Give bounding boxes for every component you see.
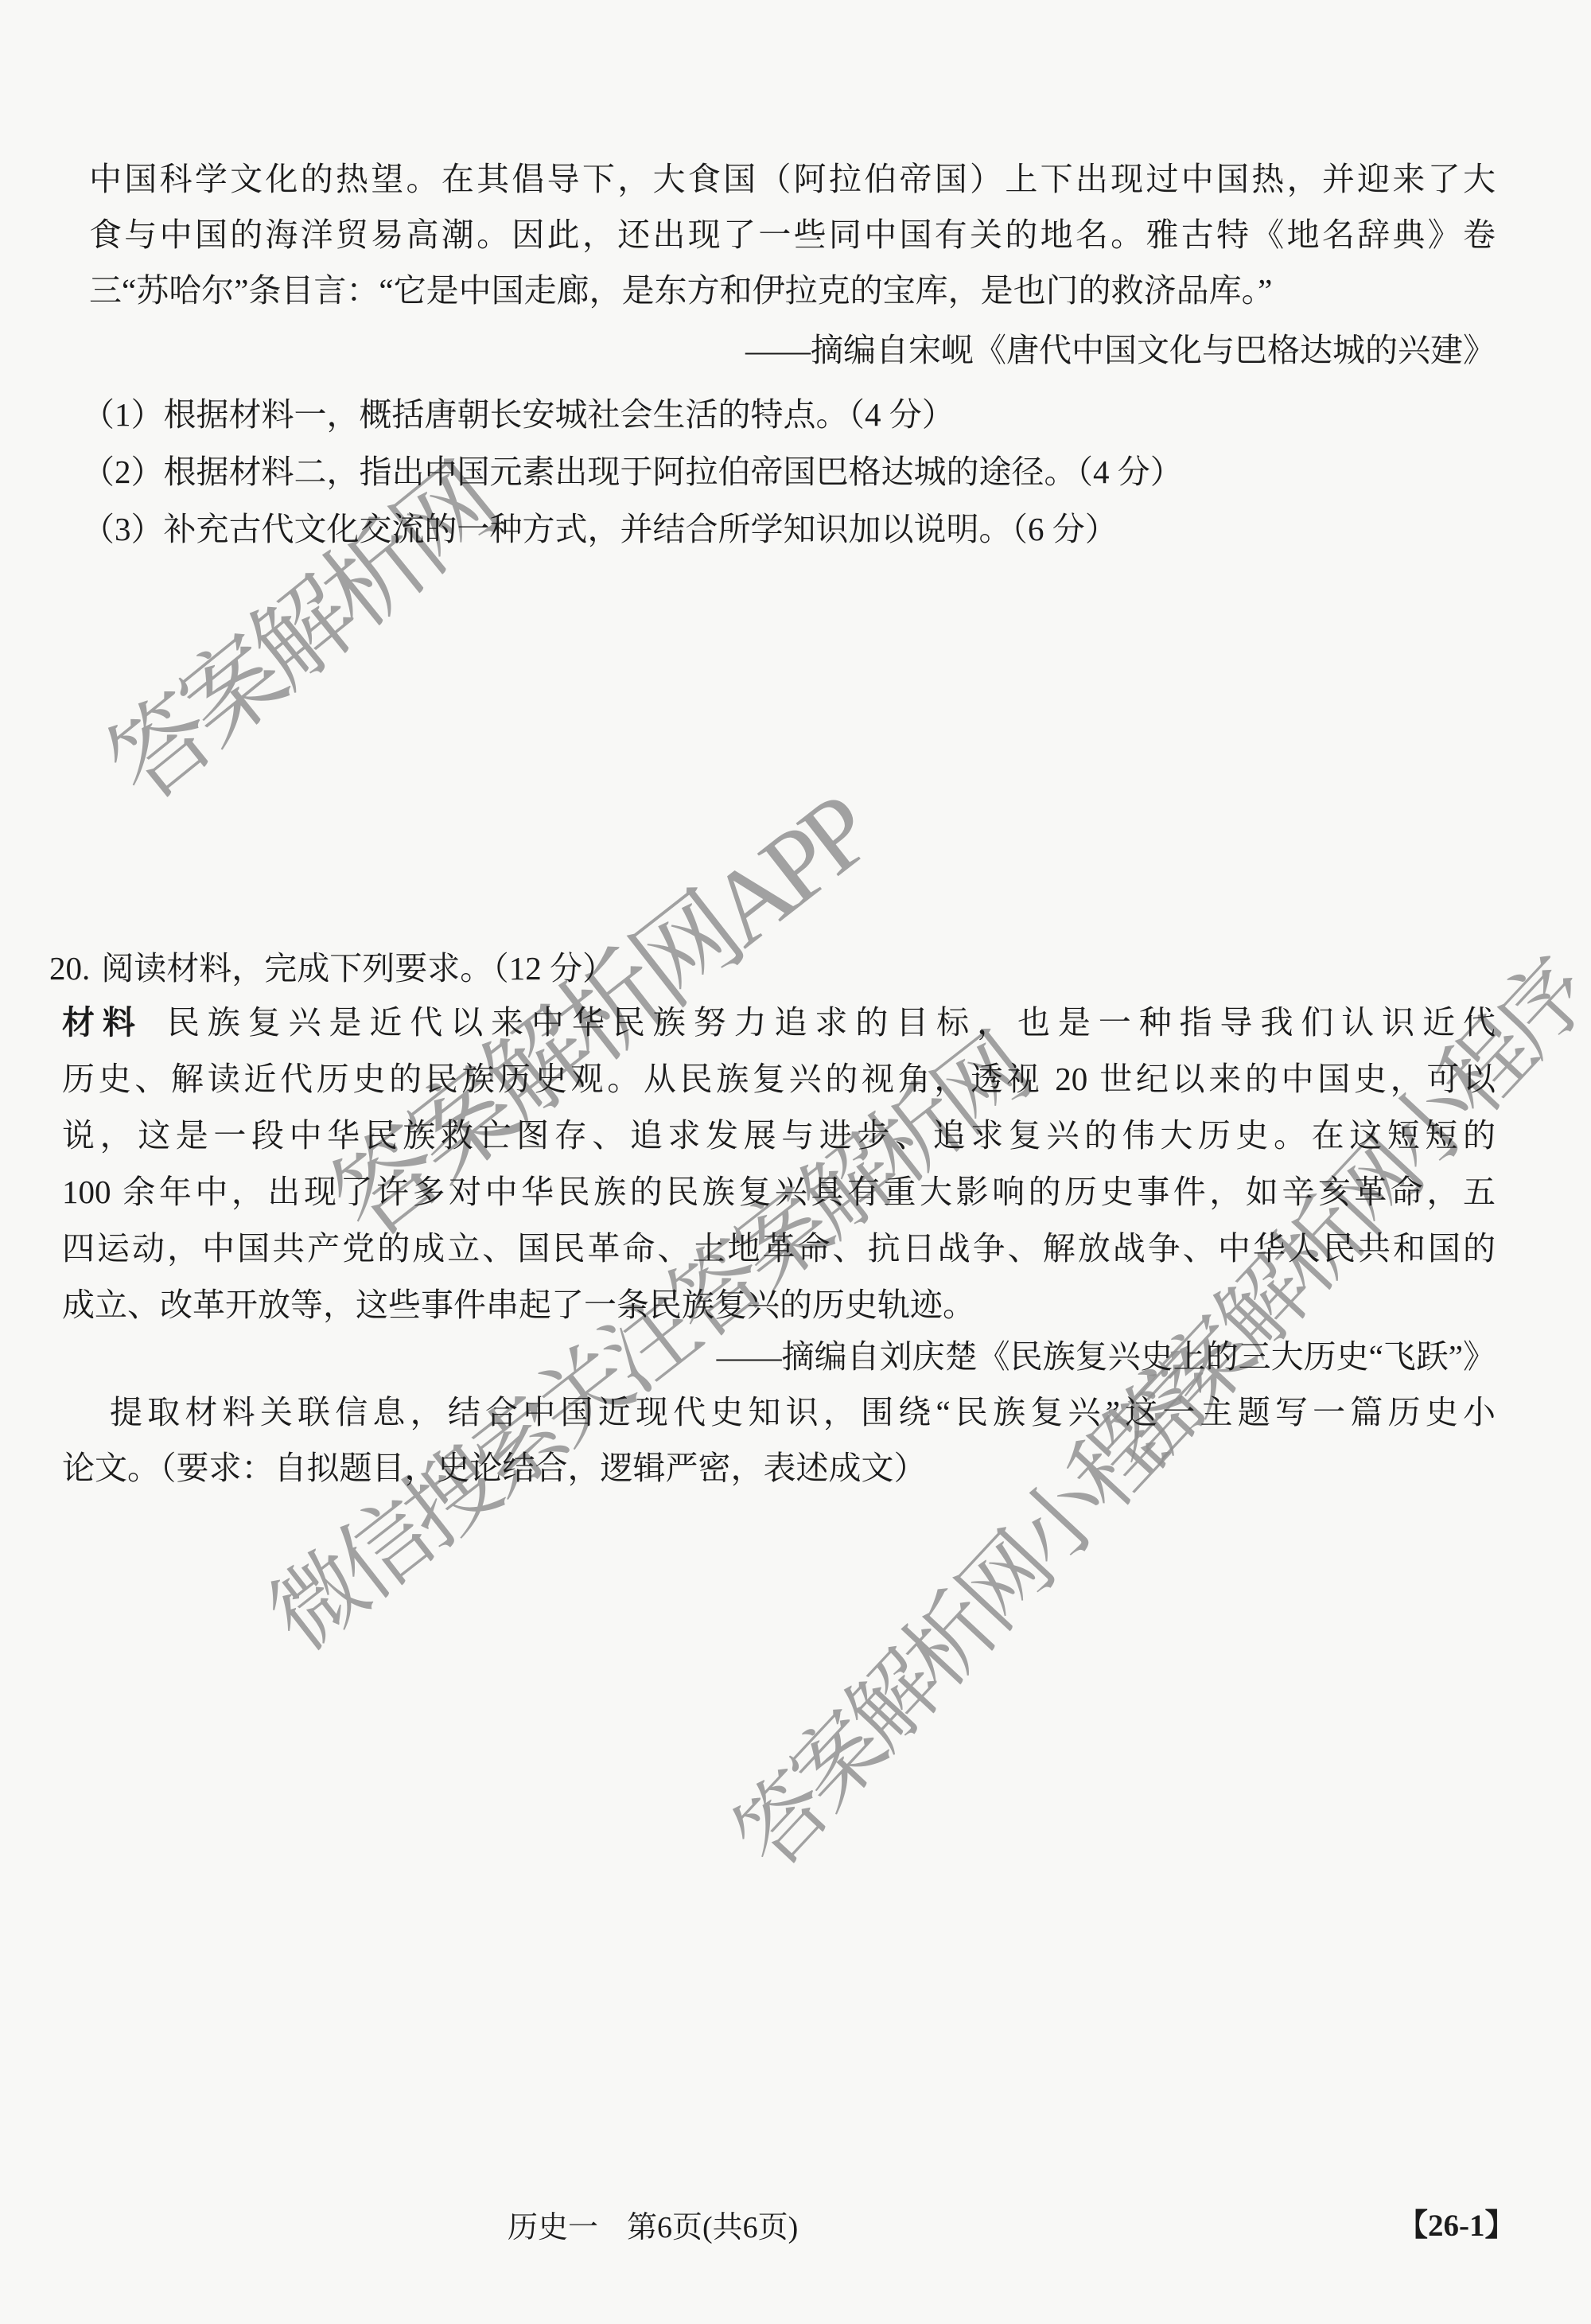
paragraph-intro: 中国科学文化的热望。在其倡导下，大食国（阿拉伯帝国）上下出现过中国热，并迎来了大… bbox=[89, 151, 1496, 318]
task-line: 提取材料关联信息，结合中国近现代史知识，围绕“民族复兴”这一主题写一篇历史小 bbox=[62, 1384, 1496, 1440]
footer-page-number: 第6页(共6页) bbox=[627, 2211, 798, 2244]
task-paragraph: 提取材料关联信息，结合中国近现代史知识，围绕“民族复兴”这一主题写一篇历史小 论… bbox=[62, 1384, 1496, 1496]
material-line: 材料民族复兴是近代以来中华民族努力追求的目标，也是一种指导我们认识近代 bbox=[62, 995, 1496, 1051]
material-paragraph: 材料民族复兴是近代以来中华民族努力追求的目标，也是一种指导我们认识近代 历史、解… bbox=[62, 995, 1496, 1333]
material-line: 100 余年中，出现了许多对中华民族的民族复兴具有重大影响的历史事件，如辛亥革命… bbox=[62, 1164, 1496, 1220]
material-line: 成立、改革开放等，这些事件串起了一条民族复兴的历史轨迹。 bbox=[62, 1277, 1496, 1333]
question-20-heading: 20.阅读材料，完成下列要求。（12 分） bbox=[49, 940, 1497, 996]
question-item-3: （3）补充古代文化交流的一种方式，并结合所学知识加以说明。（6 分） bbox=[82, 500, 1498, 558]
question-list: （1）根据材料一，概括唐朝长安城社会生活的特点。（4 分） （2）根据材料二，指… bbox=[82, 386, 1498, 558]
question-item-2: （2）根据材料二，指出中国元素出现于阿拉伯帝国巴格达城的途径。（4 分） bbox=[82, 443, 1498, 500]
question-item-1: （1）根据材料一，概括唐朝长安城社会生活的特点。（4 分） bbox=[82, 386, 1498, 443]
question-20-heading-text: 阅读材料，完成下列要求。（12 分） bbox=[101, 950, 615, 987]
paragraph-intro-line: 食与中国的海洋贸易高潮。因此，还出现了一些同中国有关的地名。雅古特《地名辞典》卷 bbox=[89, 207, 1496, 263]
footer-subject: 历史一 bbox=[508, 2211, 598, 2244]
footer-code: 【26-1】 bbox=[1397, 2207, 1516, 2245]
attribution-liu-qingchu: ——摘编自刘庆楚《民族复兴史上的三大历史“飞跃”》 bbox=[62, 1329, 1496, 1384]
exam-paper-page: 答案解析网答案解析网APP微信搜索关注答案解析网答案解析网小程序答案解析网小程序… bbox=[0, 0, 1591, 2324]
paragraph-intro-line: 中国科学文化的热望。在其倡导下，大食国（阿拉伯帝国）上下出现过中国热，并迎来了大 bbox=[89, 151, 1496, 207]
paragraph-intro-line: 三“苏哈尔”条目言：“它是中国走廊，是东方和伊拉克的宝库，是也门的救济品库。” bbox=[89, 263, 1496, 318]
task-line: 论文。（要求：自拟题目，史论结合，逻辑严密，表述成文） bbox=[62, 1440, 1496, 1496]
attribution-song-xian: ——摘编自宋岘《唐代中国文化与巴格达城的兴建》 bbox=[89, 322, 1496, 378]
question-20-number: 20. bbox=[49, 950, 90, 987]
material-line-text: 民族复兴是近代以来中华民族努力追求的目标，也是一种指导我们认识近代 bbox=[167, 1004, 1496, 1041]
material-line: 历史、解读近代历史的民族历史观。从民族复兴的视角，透视 20 世纪以来的中国史，… bbox=[62, 1051, 1496, 1108]
page-footer: 历史一第6页(共6页) bbox=[508, 2209, 798, 2247]
material-line: 四运动，中国共产党的成立、国民革命、土地革命、抗日战争、解放战争、中华人民共和国… bbox=[62, 1220, 1496, 1277]
material-label: 材料 bbox=[62, 1004, 143, 1041]
material-line: 说，这是一段中华民族救亡图存、追求发展与进步、追求复兴的伟大历史。在这短短的 bbox=[62, 1108, 1496, 1164]
